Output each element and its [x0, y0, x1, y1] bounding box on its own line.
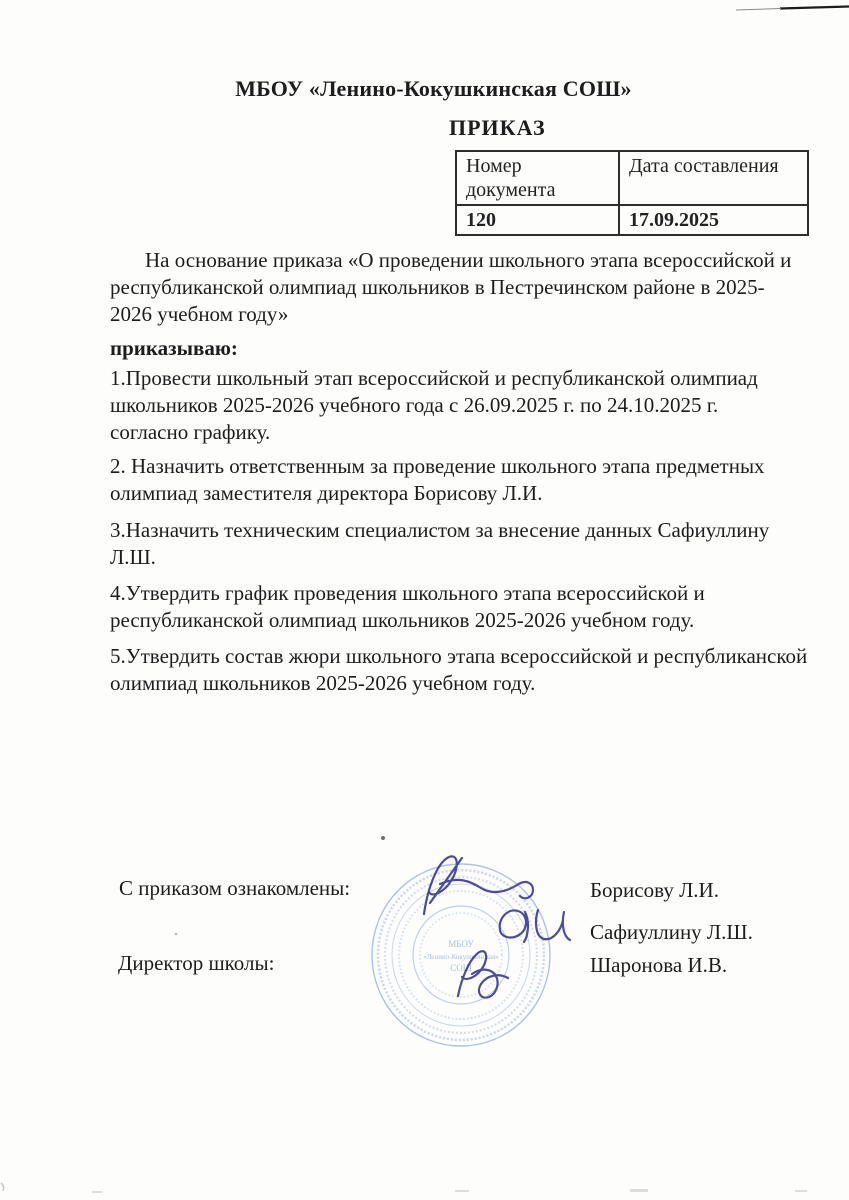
signee-name-3: Шаронова И.В.	[590, 953, 727, 978]
director-label: Директор школы:	[118, 951, 274, 976]
signature-3	[458, 951, 508, 997]
order-item-2: 2. Назначить ответственным за проведение…	[110, 453, 810, 507]
signee-name-1: Борисову Л.И.	[590, 878, 719, 903]
scan-speck	[795, 1190, 807, 1192]
signature-2	[500, 910, 570, 942]
order-item-4: 4.Утвердить график проведения школьного …	[110, 580, 810, 634]
stamp-center-line-3: СОШ	[450, 963, 472, 973]
doc-meta-table: Номер документа Дата составления 120 17.…	[455, 150, 809, 236]
signature-1	[424, 856, 533, 914]
acknowledged-label: С приказом ознакомлены:	[119, 876, 350, 901]
scan-artifact-dot-small	[175, 933, 178, 936]
meta-header-date: Дата составления	[619, 151, 808, 205]
scan-speck	[92, 1191, 102, 1193]
signee-name-2: Сафиуллину Л.Ш.	[590, 920, 753, 945]
meta-header-number: Номер документа	[456, 151, 619, 205]
scan-artifact-dot	[381, 836, 385, 840]
stamp-center-line-1: МБОУ	[448, 939, 474, 949]
stamp-center-line-2: «Ленино-Кокушкинская»	[423, 953, 499, 961]
scan-speck	[630, 1189, 648, 1192]
doc-number-value: 120	[456, 205, 619, 235]
scanned-order-document: МБОУ «Ленино-Кокушкинская СОШ» ПРИКАЗ Но…	[0, 0, 849, 1200]
scan-artifact-left-edge	[1, 1183, 4, 1191]
org-name-title: МБОУ «Ленино-Кокушкинская СОШ»	[0, 76, 849, 102]
meta-value-row: 120 17.09.2025	[456, 205, 808, 235]
order-body: На основание приказа «О проведении школь…	[110, 247, 810, 697]
doc-date-value: 17.09.2025	[619, 205, 808, 235]
scan-artifact-topright-line	[780, 7, 849, 9]
doc-type-title: ПРИКАЗ	[449, 115, 546, 141]
meta-header-row: Номер документа Дата составления	[456, 151, 808, 205]
order-item-5: 5.Утвердить состав жюри школьного этапа …	[110, 643, 810, 697]
handwritten-signatures	[424, 856, 570, 997]
order-item-3: 3.Назначить техническим специалистом за …	[110, 517, 810, 571]
order-preamble: На основание приказа «О проведении школь…	[110, 247, 810, 328]
scan-speck	[455, 1190, 469, 1192]
order-word: приказываю:	[110, 335, 810, 362]
order-item-1: 1.Провести школьный этап всероссийской и…	[110, 365, 810, 446]
school-stamp: МБОУ «Ленино-Кокушкинская» СОШ	[372, 864, 550, 1046]
scan-artifact-topright-line-faint	[736, 9, 781, 11]
